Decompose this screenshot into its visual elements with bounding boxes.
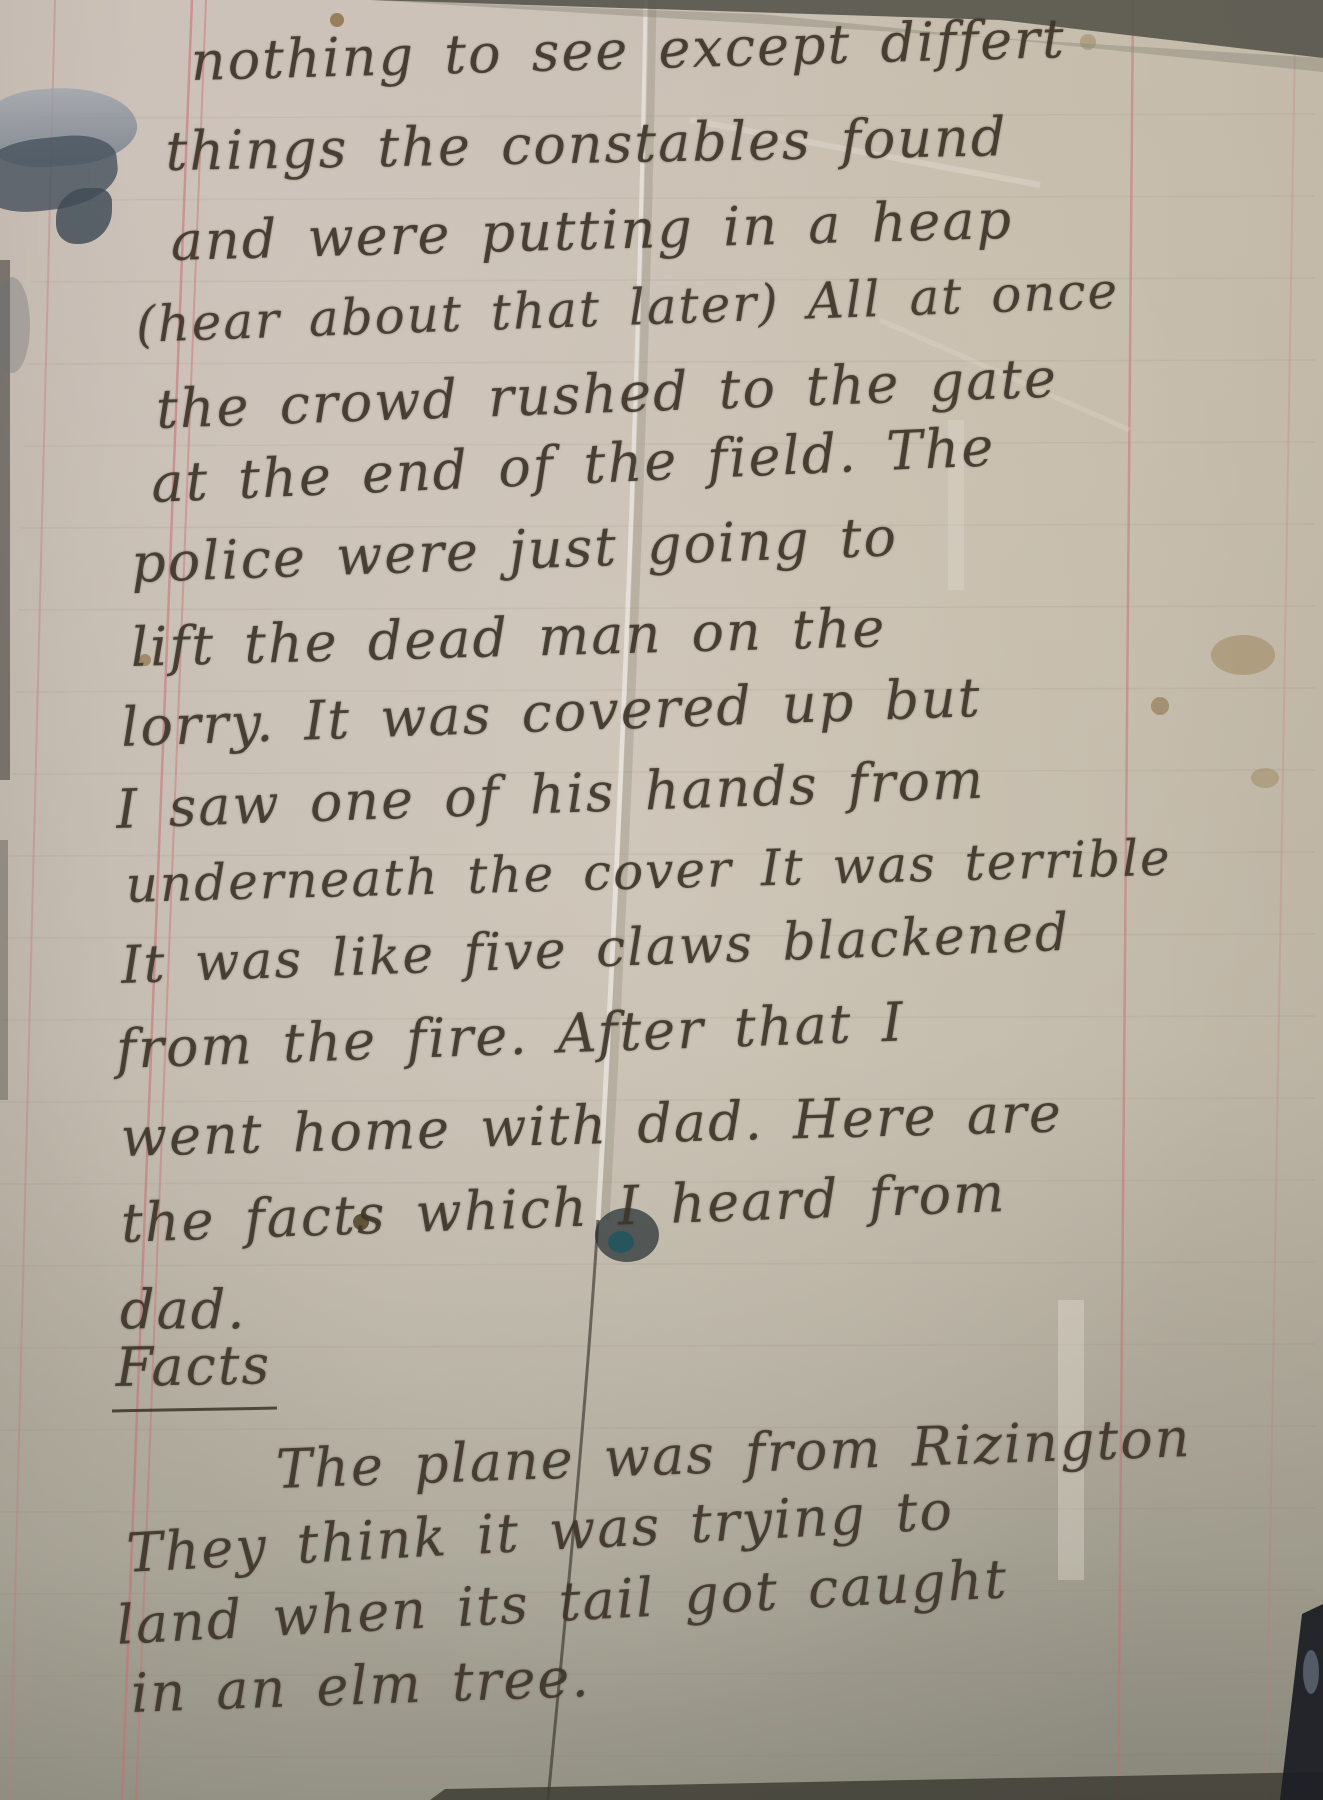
handwritten-line: nothing to see except differt [190, 7, 1066, 93]
ink-blot [56, 188, 112, 244]
right-margin-rule-line [1118, 0, 1133, 1800]
stain [1151, 697, 1169, 715]
stain [1211, 635, 1275, 675]
handwritten-page: nothing to see except differt things the… [0, 0, 1323, 1800]
handwritten-line: went home with dad. Here are [120, 1081, 1064, 1169]
stain [1251, 768, 1279, 788]
handwritten-line: and were putting in a heap [170, 188, 1014, 273]
photo-corner-highlight [1303, 1650, 1319, 1694]
handwritten-line: The plane was from Rizington [275, 1406, 1192, 1501]
edge-smudge [0, 277, 30, 373]
ruled-line [0, 1262, 1315, 1266]
handwritten-line: police were just going to [130, 505, 899, 595]
handwritten-line: I saw one of his hands from [115, 748, 986, 841]
ruled-line [0, 1754, 1315, 1758]
handwritten-line: lorry. It was covered up but [120, 666, 983, 759]
right-edge-rule-line [1266, 40, 1295, 1800]
photo-left-edge [0, 840, 8, 1100]
heading-underline [112, 1407, 277, 1413]
handwritten-line: things the constables found [165, 105, 1008, 183]
handwritten-line: dad. [120, 1278, 247, 1341]
photo-corner-dark [1280, 1604, 1323, 1800]
photo-bottom-edge [430, 1772, 1323, 1800]
left-outer-rule-line [10, 0, 55, 1800]
handwritten-line: It was like five claws blackened [120, 903, 1071, 996]
stain [330, 13, 344, 27]
photo-left-edge [0, 260, 10, 780]
stain [1080, 34, 1096, 50]
handwritten-line: underneath the cover It was terrible [125, 829, 1172, 914]
facts-heading: Facts [115, 1333, 272, 1399]
handwritten-line: lift the dead man on the [130, 596, 887, 679]
handwritten-line: the facts which I heard from [120, 1161, 1007, 1255]
handwritten-line: (hear about that later) All at once [135, 262, 1120, 354]
handwritten-line: in an elm tree. [130, 1646, 591, 1725]
handwritten-line: from the fire. After that I [115, 990, 906, 1081]
